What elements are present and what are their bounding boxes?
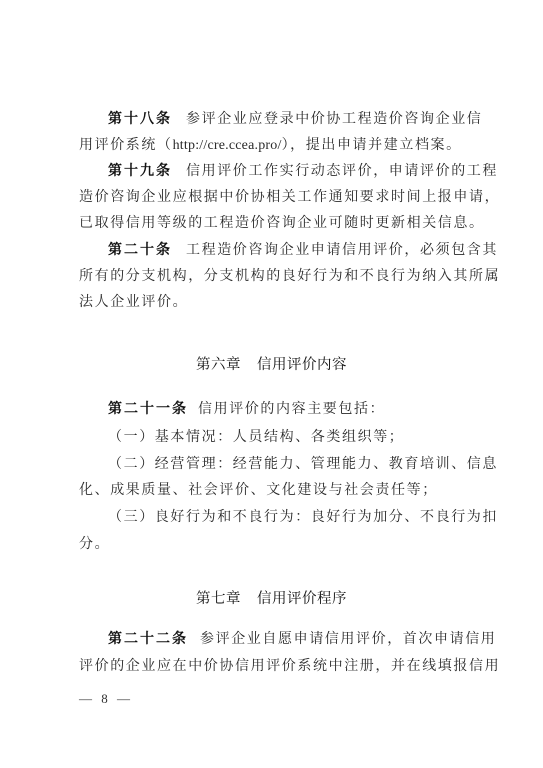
article-19-line-2: 造价咨询企业应根据中价协相关工作通知要求时间上报申请， bbox=[79, 188, 469, 206]
article-20-line-1: 第二十条工程造价咨询企业申请信用评价，必须包含其 bbox=[108, 241, 498, 259]
article-text: 参评企业应登录中价协工程造价咨询企业信 bbox=[186, 111, 482, 127]
article-21-item-2-cont: 化、成果质量、社会评价、文化建设与社会责任等； bbox=[79, 481, 469, 499]
article-text: 信用评价的内容主要包括： bbox=[198, 401, 385, 417]
article-text: 法人企业评价。 bbox=[79, 294, 188, 310]
chapter-7-heading: 第七章信用评价程序 bbox=[0, 590, 543, 608]
article-number: 第二十条 bbox=[108, 242, 172, 258]
article-number: 第二十一条 bbox=[108, 401, 188, 417]
article-text: 用评价系统（ bbox=[79, 137, 173, 153]
article-18-line-1: 第十八条参评企业应登录中价协工程造价咨询企业信 bbox=[108, 110, 498, 128]
page-number: — 8 — bbox=[79, 691, 133, 707]
list-item: （二）经营管理：经营能力、管理能力、教育培训、信息 bbox=[108, 456, 498, 472]
article-text: 评价的企业应在中价协信用评价系统中注册，并在线填报信用 bbox=[79, 658, 500, 674]
article-20-line-3: 法人企业评价。 bbox=[79, 293, 469, 311]
article-21-item-3-cont: 分。 bbox=[79, 535, 469, 553]
list-item: （三）良好行为和不良行为：良好行为加分、不良行为扣 bbox=[108, 509, 498, 525]
article-number: 第十八条 bbox=[108, 111, 172, 127]
article-number: 第二十二条 bbox=[108, 631, 188, 647]
chapter-number: 第六章 bbox=[196, 357, 241, 373]
article-20-line-2: 所有的分支机构，分支机构的良好行为和不良行为纳入其所属 bbox=[79, 267, 469, 285]
article-21-line-1: 第二十一条信用评价的内容主要包括： bbox=[108, 400, 498, 418]
chapter-title: 信用评价内容 bbox=[257, 357, 347, 373]
article-21-item-1: （一）基本情况：人员结构、各类组织等； bbox=[108, 428, 498, 446]
article-21-item-3: （三）良好行为和不良行为：良好行为加分、不良行为扣 bbox=[108, 508, 498, 526]
article-18-line-2: 用评价系统（http://cre.ccea.pro/），提出申请并建立档案。 bbox=[79, 136, 469, 155]
article-number: 第十九条 bbox=[108, 163, 172, 179]
article-text: 参评企业自愿申请信用评价，首次申请信用 bbox=[200, 631, 496, 647]
article-19-line-1: 第十九条信用评价工作实行动态评价，申请评价的工程 bbox=[108, 162, 498, 180]
article-22-line-2: 评价的企业应在中价协信用评价系统中注册，并在线填报信用 bbox=[79, 657, 469, 675]
list-item: 分。 bbox=[79, 536, 110, 552]
article-21-item-2: （二）经营管理：经营能力、管理能力、教育培训、信息 bbox=[108, 455, 498, 473]
list-item: （一）基本情况：人员结构、各类组织等； bbox=[108, 429, 404, 445]
chapter-6-heading: 第六章信用评价内容 bbox=[0, 356, 543, 374]
article-text: 已取得信用等级的工程造价咨询企业可随时更新相关信息。 bbox=[79, 215, 485, 231]
chapter-title: 信用评价程序 bbox=[257, 591, 347, 607]
article-text: 造价咨询企业应根据中价协相关工作通知要求时间上报申请， bbox=[79, 189, 500, 205]
article-text: ），提出申请并建立档案。 bbox=[282, 137, 462, 153]
system-url-link[interactable]: http://cre.ccea.pro/ bbox=[173, 138, 282, 153]
article-text: 工程造价咨询企业申请信用评价，必须包含其 bbox=[186, 242, 498, 258]
article-22-line-1: 第二十二条参评企业自愿申请信用评价，首次申请信用 bbox=[108, 630, 498, 648]
list-item: 化、成果质量、社会评价、文化建设与社会责任等； bbox=[79, 482, 438, 498]
document-page: 第十八条参评企业应登录中价协工程造价咨询企业信 用评价系统（http://cre… bbox=[0, 0, 543, 768]
chapter-number: 第七章 bbox=[196, 591, 241, 607]
article-text: 信用评价工作实行动态评价，申请评价的工程 bbox=[186, 163, 498, 179]
article-text: 所有的分支机构，分支机构的良好行为和不良行为纳入其所属 bbox=[79, 268, 500, 284]
article-19-line-3: 已取得信用等级的工程造价咨询企业可随时更新相关信息。 bbox=[79, 214, 469, 232]
